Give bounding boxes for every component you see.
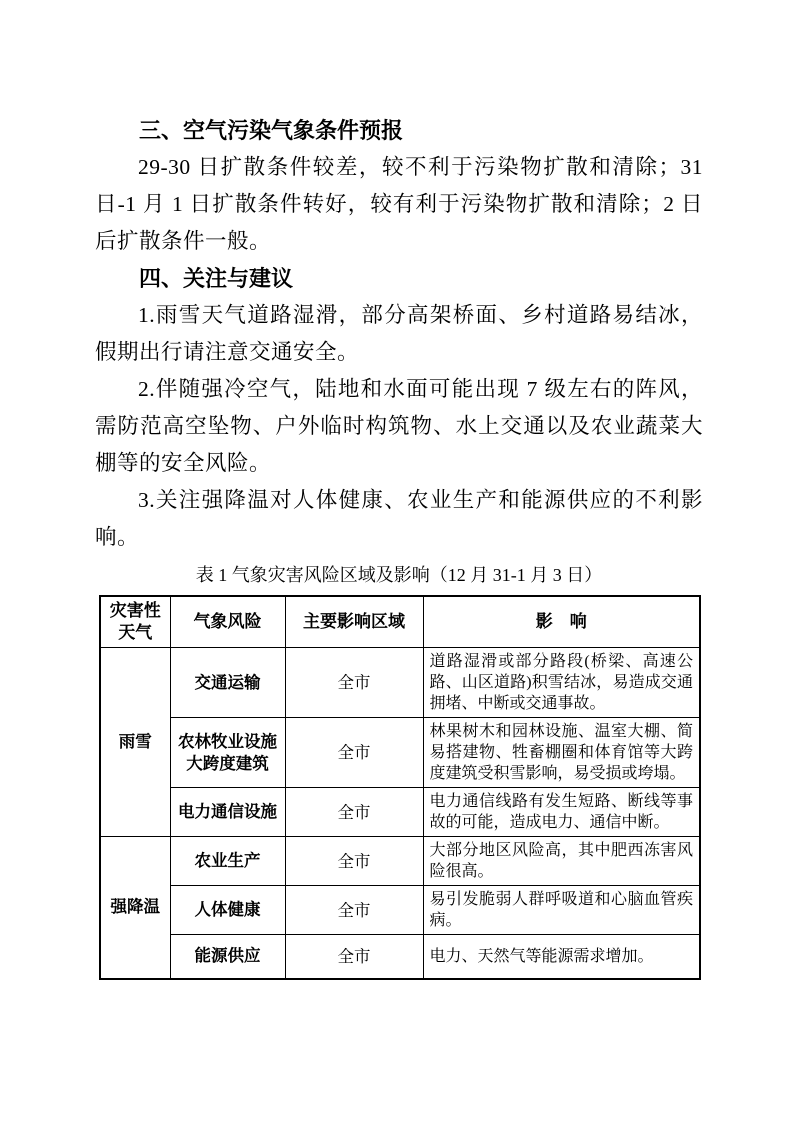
- section-4-item-1: 1.雨雪天气道路湿滑，部分高架桥面、乡村道路易结冰，假期出行请注意交通安全。: [95, 297, 703, 371]
- section-3-heading: 三、空气污染气象条件预报: [95, 112, 703, 149]
- risk-cell: 农林牧业设施大跨度建筑: [170, 718, 285, 788]
- header-disaster-weather: 灾害性天气: [100, 596, 170, 648]
- weather-group-rain-snow: 雨雪: [100, 648, 170, 837]
- risk-cell: 电力通信设施: [170, 788, 285, 837]
- area-cell: 全市: [285, 648, 423, 718]
- risk-table: 灾害性天气 气象风险 主要影响区域 影 响 雨雪 交通运输 全市 道路湿滑或部分…: [99, 595, 701, 980]
- header-affected-area: 主要影响区域: [285, 596, 423, 648]
- risk-cell: 交通运输: [170, 648, 285, 718]
- risk-cell: 农业生产: [170, 837, 285, 886]
- area-cell: 全市: [285, 788, 423, 837]
- table-row: 农林牧业设施大跨度建筑 全市 林果树木和园林设施、温室大棚、简易搭建物、牲畜棚圈…: [100, 718, 700, 788]
- area-cell: 全市: [285, 718, 423, 788]
- table-header-row: 灾害性天气 气象风险 主要影响区域 影 响: [100, 596, 700, 648]
- table-row: 强降温 农业生产 全市 大部分地区风险高，其中肥西冻害风险很高。: [100, 837, 700, 886]
- impact-cell: 电力通信线路有发生短路、断线等事故的可能，造成电力、通信中断。: [423, 788, 700, 837]
- area-cell: 全市: [285, 886, 423, 935]
- area-cell: 全市: [285, 837, 423, 886]
- table-row: 雨雪 交通运输 全市 道路湿滑或部分路段(桥梁、高速公路、山区道路)积雪结冰，易…: [100, 648, 700, 718]
- document-content: 三、空气污染气象条件预报 29-30 日扩散条件较差，较不利于污染物扩散和清除；…: [95, 112, 703, 980]
- impact-cell: 道路湿滑或部分路段(桥梁、高速公路、山区道路)积雪结冰，易造成交通拥堵、中断或交…: [423, 648, 700, 718]
- impact-cell: 易引发脆弱人群呼吸道和心脑血管疾病。: [423, 886, 700, 935]
- impact-cell: 林果树木和园林设施、温室大棚、简易搭建物、牲畜棚圈和体育馆等大跨度建筑受积雪影响…: [423, 718, 700, 788]
- table-row: 人体健康 全市 易引发脆弱人群呼吸道和心脑血管疾病。: [100, 886, 700, 935]
- risk-cell: 能源供应: [170, 935, 285, 979]
- header-impact: 影 响: [423, 596, 700, 648]
- document-page: 三、空气污染气象条件预报 29-30 日扩散条件较差，较不利于污染物扩散和清除；…: [0, 0, 793, 1122]
- risk-cell: 人体健康: [170, 886, 285, 935]
- impact-cell: 大部分地区风险高，其中肥西冻害风险很高。: [423, 837, 700, 886]
- section-3-paragraph: 29-30 日扩散条件较差，较不利于污染物扩散和清除；31 日-1 月 1 日扩…: [95, 149, 703, 260]
- table-row: 能源供应 全市 电力、天然气等能源需求增加。: [100, 935, 700, 979]
- header-weather-risk: 气象风险: [170, 596, 285, 648]
- impact-cell: 电力、天然气等能源需求增加。: [423, 935, 700, 979]
- weather-group-strong-cooling: 强降温: [100, 837, 170, 979]
- section-4-heading: 四、关注与建议: [95, 260, 703, 297]
- section-4-item-2: 2.伴随强冷空气，陆地和水面可能出现 7 级左右的阵风，需防范高空坠物、户外临时…: [95, 371, 703, 482]
- table-caption: 表 1 气象灾害风险区域及影响（12 月 31-1 月 3 日）: [95, 563, 703, 587]
- area-cell: 全市: [285, 935, 423, 979]
- table-row: 电力通信设施 全市 电力通信线路有发生短路、断线等事故的可能，造成电力、通信中断…: [100, 788, 700, 837]
- section-4-item-3: 3.关注强降温对人体健康、农业生产和能源供应的不利影响。: [95, 482, 703, 556]
